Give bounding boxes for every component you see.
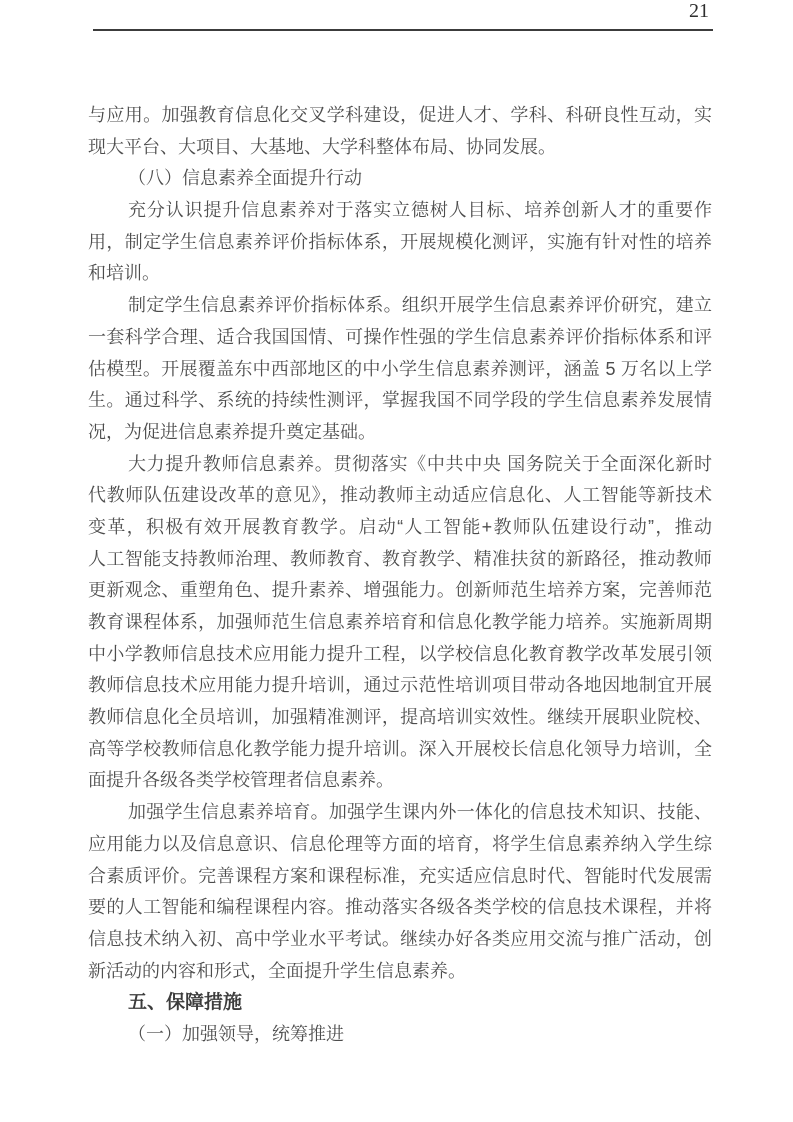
text-line: 变革，积极有效开展教育教学。启动“人工智能+教师队伍建设行动”，推动 — [88, 512, 712, 544]
section-subheading: （八）信息素养全面提升行动 — [88, 163, 712, 195]
text-line: 和培训。 — [88, 258, 712, 290]
text-line: 教师信息化全员培训，加强精准测评，提高培训实效性。继续开展职业院校、 — [88, 702, 712, 734]
text-line: 制定学生信息素养评价指标体系。组织开展学生信息素养评价研究，建立 — [88, 290, 712, 322]
text-line: 中小学教师信息技术应用能力提升工程，以学校信息化教育教学改革发展引领 — [88, 639, 712, 671]
header-rule — [93, 29, 713, 31]
text-line: 一套科学合理、适合我国国情、可操作性强的学生信息素养评价指标体系和评 — [88, 322, 712, 354]
section-heading: 五、保障措施 — [88, 987, 712, 1019]
text-line: 新活动的内容和形式，全面提升学生信息素养。 — [88, 956, 712, 988]
text-line: 更新观念、重塑角色、提升素养、增强能力。创新师范生培养方案，完善师范 — [88, 575, 712, 607]
text-line: 现大平台、大项目、大基地、大学科整体布局、协同发展。 — [88, 132, 712, 164]
text-line: 要的人工智能和编程课程内容。推动落实各级各类学校的信息技术课程，并将 — [88, 892, 712, 924]
page-number: 21 — [689, 0, 709, 22]
text-line: 加强学生信息素养培育。加强学生课内外一体化的信息技术知识、技能、 — [88, 797, 712, 829]
text-line: 用，制定学生信息素养评价指标体系，开展规模化测评，实施有针对性的培养 — [88, 227, 712, 259]
document-body: 与应用。加强教育信息化交叉学科建设，促进人才、学科、科研良性互动，实 现大平台、… — [88, 100, 712, 1051]
text-line: 生。通过科学、系统的持续性测评，掌握我国不同学段的学生信息素养发展情 — [88, 385, 712, 417]
text-line: 应用能力以及信息意识、信息伦理等方面的培育，将学生信息素养纳入学生综 — [88, 829, 712, 861]
text-line: 教师信息技术应用能力提升培训，通过示范性培训项目带动各地因地制宜开展 — [88, 670, 712, 702]
text-line: 人工智能支持教师治理、教师教育、教育教学、精准扶贫的新路径，推动教师 — [88, 544, 712, 576]
text-line: 大力提升教师信息素养。贯彻落实《中共中央 国务院关于全面深化新时 — [88, 449, 712, 481]
section-subheading: （一）加强领导，统筹推进 — [88, 1019, 712, 1051]
text-line: 充分认识提升信息素养对于落实立德树人目标、培养创新人才的重要作 — [88, 195, 712, 227]
text-line: 高等学校教师信息化教学能力提升培训。深入开展校长信息化领导力培训，全 — [88, 734, 712, 766]
text-line: 信息技术纳入初、高中学业水平考试。继续办好各类应用交流与推广活动，创 — [88, 924, 712, 956]
text-line: 合素质评价。完善课程方案和课程标准，充实适应信息时代、智能时代发展需 — [88, 861, 712, 893]
text-line: 代教师队伍建设改革的意见》，推动教师主动适应信息化、人工智能等新技术 — [88, 480, 712, 512]
text-line: 面提升各级各类学校管理者信息素养。 — [88, 765, 712, 797]
text-line: 况，为促进信息素养提升奠定基础。 — [88, 417, 712, 449]
text-line: 估模型。开展覆盖东中西部地区的中小学生信息素养测评，涵盖 5 万名以上学 — [88, 354, 712, 386]
text-line: 与应用。加强教育信息化交叉学科建设，促进人才、学科、科研良性互动，实 — [88, 100, 712, 132]
text-line: 教育课程体系，加强师范生信息素养培育和信息化教学能力培养。实施新周期 — [88, 607, 712, 639]
